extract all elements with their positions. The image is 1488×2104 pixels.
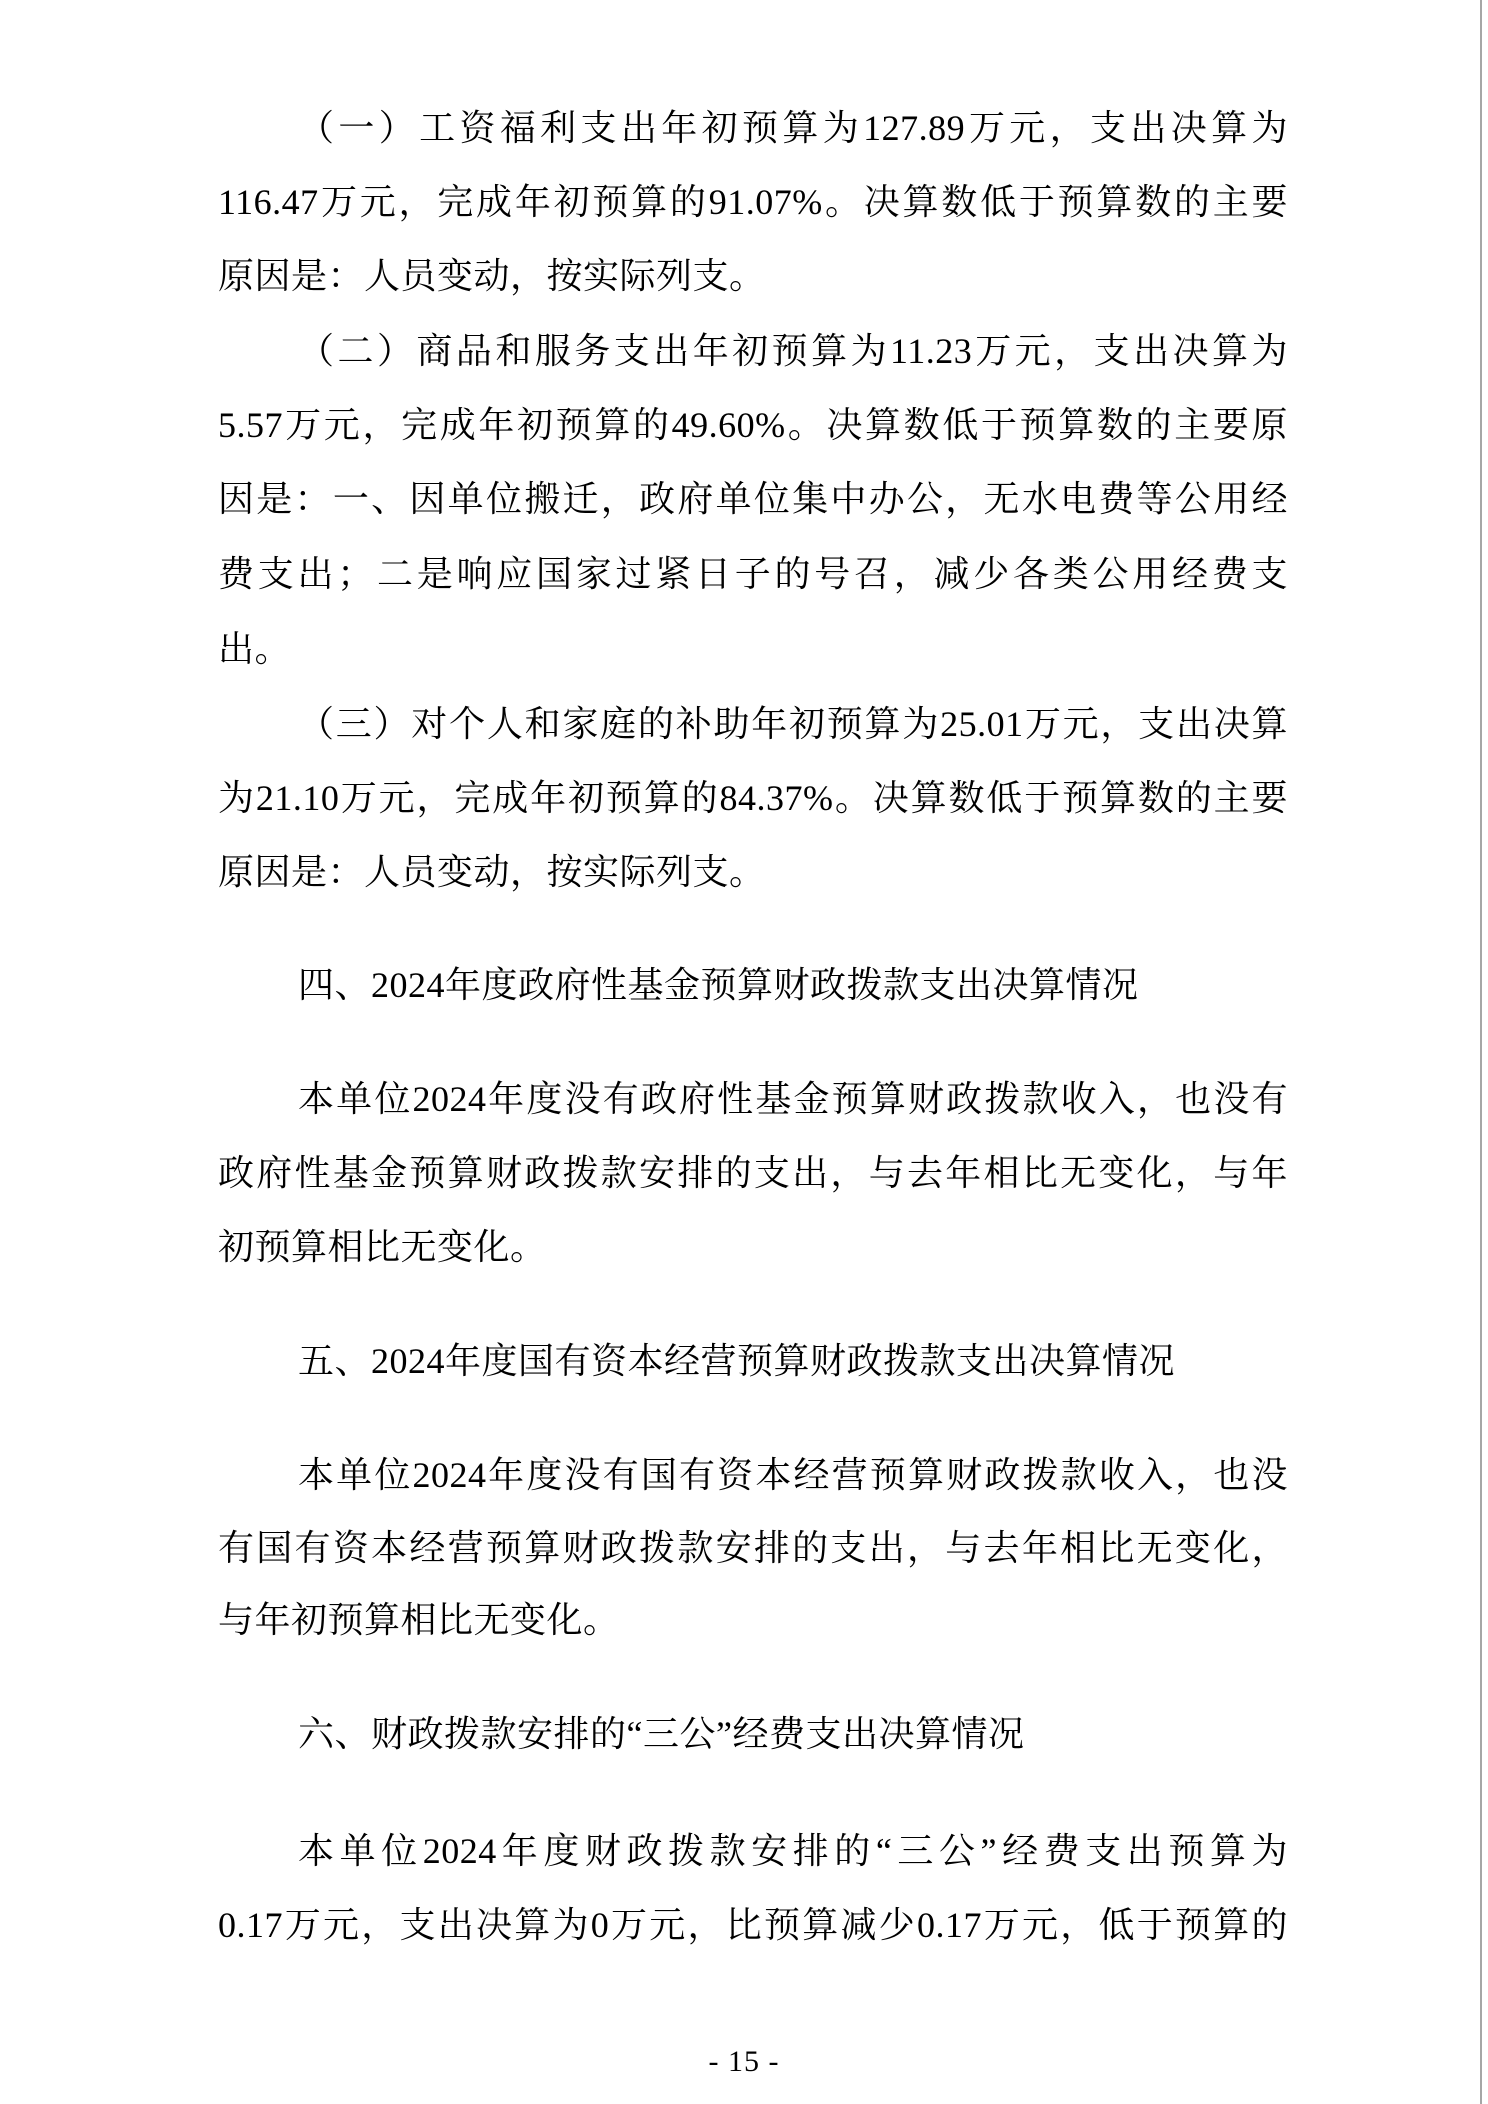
page-number: - 15 - bbox=[0, 2045, 1488, 2079]
text-line: 与年初预算相比无变化。 bbox=[218, 1599, 620, 1643]
section-heading-5: 五、2024年度国有资本经营预算财政拨款支出决算情况 bbox=[298, 1340, 1175, 1384]
text-line: 为21.10万元，完成年初预算的84.37%。决算数低于预算数的主要 bbox=[218, 777, 1288, 821]
text-line: 原因是：人员变动，按实际列支。 bbox=[218, 851, 766, 895]
scan-edge-line bbox=[1480, 0, 1482, 2104]
text-line: 政府性基金预算财政拨款安排的支出，与去年相比无变化，与年 bbox=[218, 1152, 1288, 1196]
section-heading-6: 六、财政拨款安排的“三公”经费支出决算情况 bbox=[298, 1713, 1024, 1757]
text-line: 本单位2024年度没有国有资本经营预算财政拨款收入，也没 bbox=[298, 1454, 1288, 1498]
text-line: 5.57万元，完成年初预算的49.60%。决算数低于预算数的主要原 bbox=[218, 404, 1288, 448]
text-line: （二）商品和服务支出年初预算为11.23万元，支出决算为 bbox=[298, 330, 1288, 374]
text-line: 原因是：人员变动，按实际列支。 bbox=[218, 255, 766, 299]
text-line: 初预算相比无变化。 bbox=[218, 1226, 547, 1270]
text-line: （三）对个人和家庭的补助年初预算为25.01万元，支出决算 bbox=[298, 703, 1288, 747]
text-line: 费支出；二是响应国家过紧日子的号召，减少各类公用经费支 bbox=[218, 553, 1288, 597]
document-page: （一）工资福利支出年初预算为127.89万元，支出决算为 116.47万元，完成… bbox=[0, 0, 1488, 2104]
text-line: 出。 bbox=[218, 628, 291, 672]
section-heading-4: 四、2024年度政府性基金预算财政拨款支出决算情况 bbox=[298, 964, 1139, 1008]
text-line: 因是：一、因单位搬迁，政府单位集中办公，无水电费等公用经 bbox=[218, 478, 1288, 522]
text-line: 本单位2024年度财政拨款安排的“三公”经费支出预算为 bbox=[298, 1830, 1288, 1874]
text-line: 本单位2024年度没有政府性基金预算财政拨款收入，也没有 bbox=[298, 1078, 1288, 1122]
text-line: （一）工资福利支出年初预算为127.89万元，支出决算为 bbox=[298, 107, 1288, 151]
text-line: 0.17万元，支出决算为0万元，比预算减少0.17万元，低于预算的 bbox=[218, 1904, 1288, 1948]
text-line: 有国有资本经营预算财政拨款安排的支出，与去年相比无变化， bbox=[218, 1527, 1288, 1571]
text-line: 116.47万元，完成年初预算的91.07%。决算数低于预算数的主要 bbox=[218, 181, 1288, 225]
